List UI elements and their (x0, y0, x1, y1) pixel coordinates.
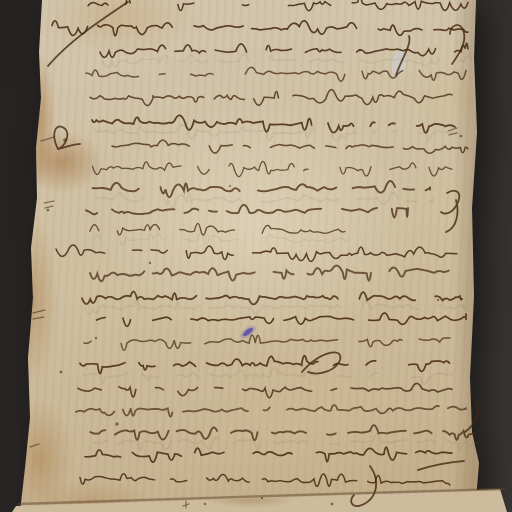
handwriting-line (80, 471, 450, 489)
ink-speck (229, 185, 231, 187)
fold-crease (18, 489, 505, 504)
ink-speck (331, 503, 334, 506)
handwriting-line (100, 43, 468, 57)
margin-mark (41, 137, 54, 141)
ink-speck (95, 337, 97, 339)
ink-showthrough (95, 125, 458, 141)
handwriting-line (56, 243, 457, 263)
ink-speck (204, 503, 206, 505)
handwriting-line (112, 140, 468, 156)
handwriting-line (84, 334, 450, 351)
handwriting-lines (52, 0, 479, 489)
handwriting-line (90, 89, 452, 106)
ink-speck (152, 95, 154, 97)
ink-speck (47, 209, 50, 212)
flourish-stroke (450, 25, 464, 64)
ink-showthrough (85, 301, 465, 314)
ink-showthrough (103, 53, 471, 67)
handwriting-line (90, 223, 345, 236)
handwriting-line (76, 404, 466, 417)
handwriting-line (78, 383, 452, 399)
ink-speck (437, 299, 439, 301)
handwriting-line (90, 265, 449, 284)
handwriting-line (96, 313, 466, 327)
ink-speck (149, 262, 151, 264)
margin-mark (30, 444, 39, 447)
flourish-stroke (54, 126, 80, 149)
manuscript-photo (0, 0, 512, 512)
ink-showthrough (93, 233, 348, 245)
margin-mark (33, 310, 45, 319)
ink-showthrough (93, 435, 479, 450)
handwriting-line (88, 0, 468, 11)
ink-showthrough (96, 193, 433, 208)
flourish-stroke (351, 466, 376, 506)
handwriting-line (86, 204, 408, 220)
ink-speck (115, 422, 118, 425)
ink-showthrough (83, 367, 453, 384)
handwriting-line (86, 66, 466, 83)
handwriting-ink-layer (0, 0, 512, 512)
handwriting-line (92, 161, 452, 177)
ink-speck (359, 49, 361, 51)
handwriting-line (52, 18, 468, 39)
ink-speck (60, 371, 63, 374)
ink-speck (460, 135, 463, 138)
handwriting-line (80, 355, 450, 374)
handwriting-line (90, 425, 476, 441)
ink-speck (63, 138, 67, 142)
margin-mark (183, 501, 189, 508)
ink-specks (47, 49, 463, 506)
flourish-stroke (418, 461, 464, 470)
flourish-stroke (465, 402, 478, 432)
margin-mark (44, 201, 54, 208)
handwriting-line (92, 115, 455, 134)
handwriting-line (93, 181, 430, 198)
